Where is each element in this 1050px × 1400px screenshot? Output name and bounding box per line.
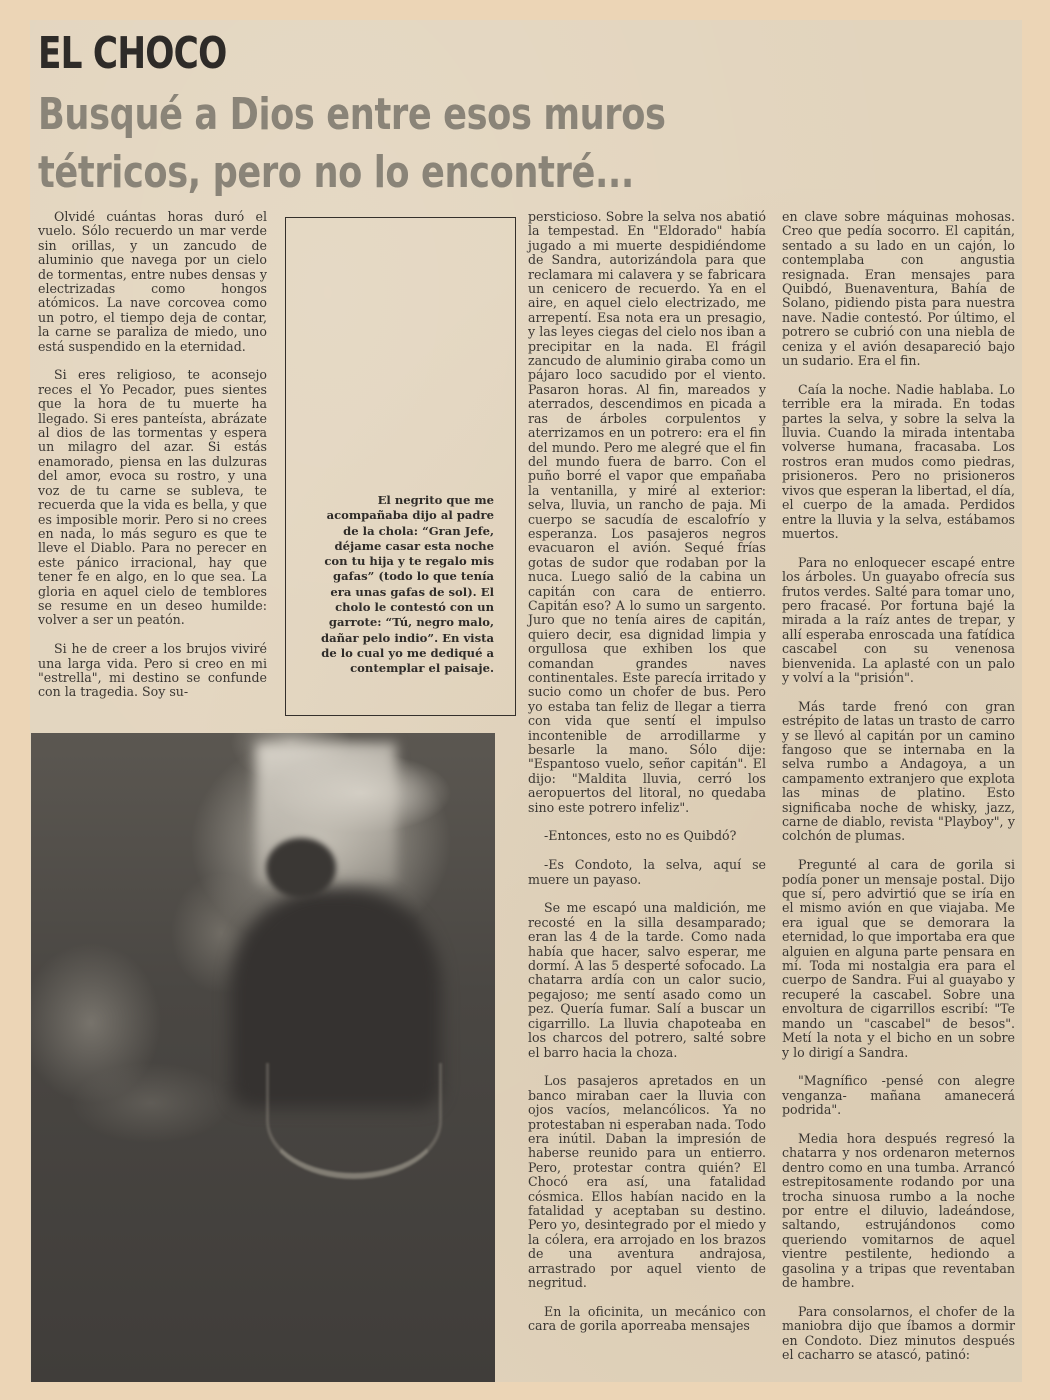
paragraph: "Magnífico -pensé con alegre venganza- m… (782, 1074, 1015, 1117)
paragraph: -Es Condoto, la selva, aquí se muere un … (528, 858, 766, 887)
photo-necklace (266, 1063, 442, 1179)
paragraph: Si eres religioso, te aconsejo reces el … (38, 368, 267, 627)
paragraph: Olvidé cuántas horas duró el vuelo. Sólo… (38, 210, 267, 354)
paragraph: persticioso. Sobre la selva nos abatió l… (528, 210, 766, 815)
paragraph: En la oficinita, un mecánico con cara de… (528, 1305, 766, 1334)
column-3: persticioso. Sobre la selva nos abatió l… (528, 210, 766, 1348)
paragraph: Para no enloquecer escapé entre los árbo… (782, 556, 1015, 686)
paragraph: Más tarde frenó con gran estrépito de la… (782, 700, 1015, 844)
paragraph: en clave sobre máquinas mohosas. Creo qu… (782, 210, 1015, 368)
headline: Busqué a Dios entre esos muros tétricos,… (38, 86, 838, 202)
section-title: EL CHOCO (38, 28, 226, 80)
paragraph: Para consolarnos, el chofer de la maniob… (782, 1305, 1015, 1363)
paragraph: Pregunté al cara de gorila si podía pone… (782, 858, 1015, 1060)
column-4: en clave sobre máquinas mohosas. Creo qu… (782, 210, 1015, 1377)
paragraph: Media hora después regresó la chatarra y… (782, 1132, 1015, 1290)
paragraph: Se me escapó una maldición, me recosté e… (528, 901, 766, 1059)
article-photo (31, 733, 495, 1382)
column-1: Olvidé cuántas horas duró el vuelo. Sólo… (38, 210, 267, 714)
paragraph: Caía la noche. Nadie hablaba. Lo terribl… (782, 383, 1015, 541)
paragraph: Si he de creer a los brujos viviré una l… (38, 642, 267, 700)
photo-figure-head (266, 838, 336, 898)
paragraph: Los pasajeros apretados en un banco mira… (528, 1074, 766, 1290)
paragraph: -Entonces, esto no es Quibdó? (528, 829, 766, 843)
pullquote-text: El negrito que me acompañaba dijo al pad… (318, 493, 494, 677)
